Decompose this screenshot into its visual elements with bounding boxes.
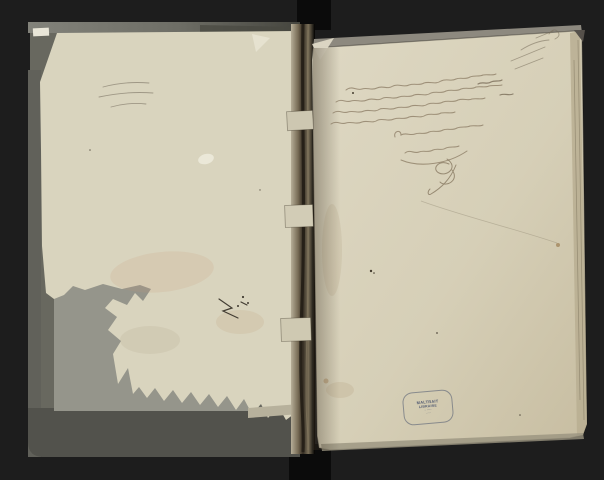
cover-left-edge (28, 70, 41, 457)
speck (519, 414, 521, 416)
stain (326, 382, 354, 398)
gutter (291, 24, 315, 454)
right-page (312, 25, 587, 451)
binding-tab (281, 317, 312, 341)
speck (237, 305, 239, 307)
binding-tab (285, 205, 314, 228)
speck (89, 149, 91, 151)
stain-dot (324, 379, 329, 384)
speck (259, 189, 260, 190)
stain (322, 204, 342, 296)
bookseller-stamp: MALTRAIT LIBRAIRE · ···· ····· (402, 389, 455, 426)
binding-tab (287, 110, 314, 130)
scanned-book-photo: MALTRAIT LIBRAIRE · ···· ····· (0, 0, 604, 480)
left-cover (28, 22, 300, 457)
stain-brown (216, 310, 264, 334)
speck (352, 92, 354, 94)
paper-shard-top-left (33, 28, 49, 37)
scan-artwork (0, 0, 604, 480)
stain-dot (556, 243, 560, 247)
speck (436, 332, 438, 334)
speck (370, 270, 372, 272)
stain-soft (120, 326, 180, 354)
bookseller-stamp-text: MALTRAIT LIBRAIRE · ···· ····· (415, 399, 440, 416)
speck (373, 272, 375, 274)
